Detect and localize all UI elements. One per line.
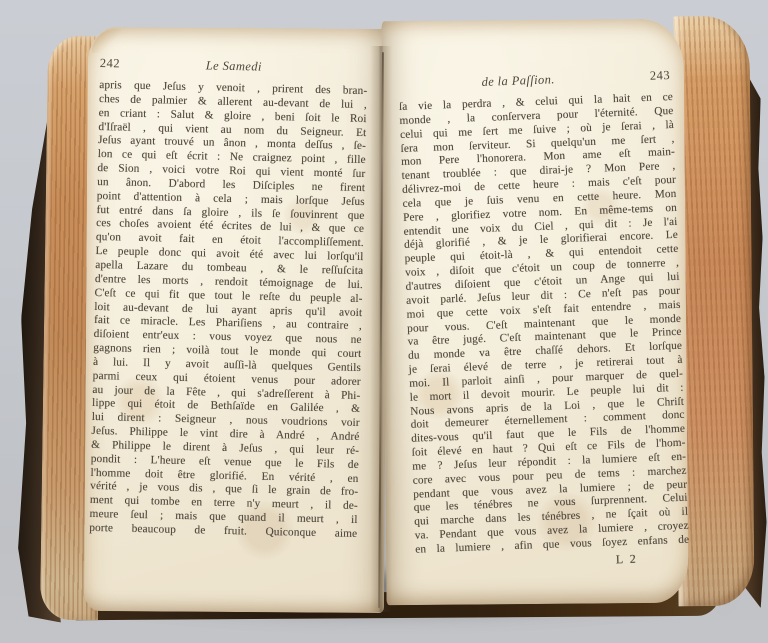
left-page-number: 242 — [100, 56, 121, 71]
right-page-body: ſa vie la perdra , & celui qui la hait e… — [399, 91, 690, 558]
right-page-text: de la Paſſion. 243 ſa vie la perdra , & … — [398, 68, 690, 575]
right-page-number: 243 — [650, 68, 671, 84]
left-page-body: apris que Jeſus y venoit , prirent des b… — [89, 79, 367, 542]
left-page-text: 242 Le Samedi apris que Jeſus y venoit ,… — [89, 56, 368, 542]
